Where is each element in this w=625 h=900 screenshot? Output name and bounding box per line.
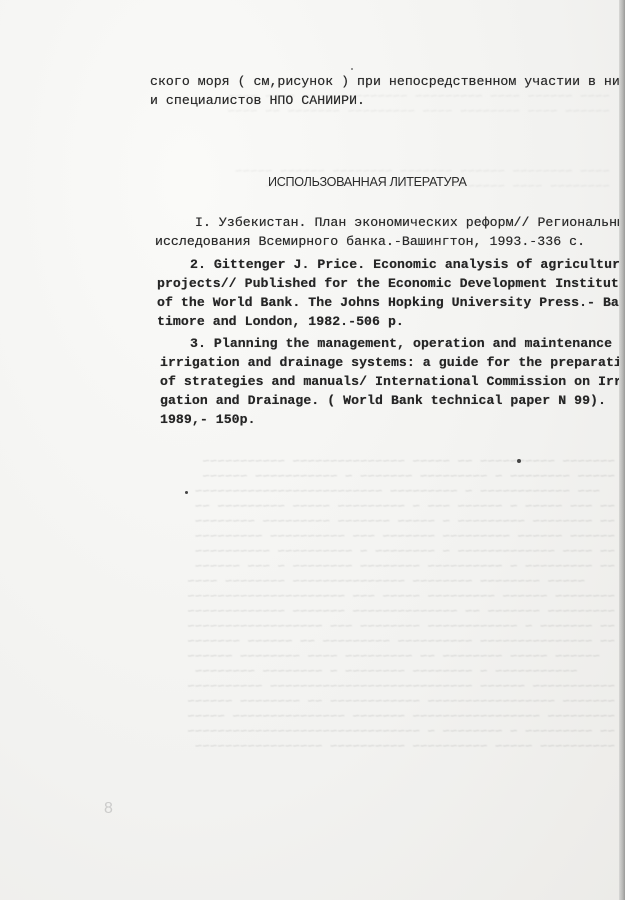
bleed-through-text-bottom: ~~~~~~~ ~~~~~~~~~~ ~~ ~~~~~ ~~~~~~~~~~~~… <box>95 455 615 755</box>
ink-speck <box>185 491 188 494</box>
reference-1-line-2: исследования Всемирного банка.-Вашингтон… <box>155 234 585 249</box>
reference-2-line-2: projects// Published for the Economic De… <box>157 276 625 291</box>
reference-2-line-3: of the World Bank. The Johns Hopking Uni… <box>157 295 625 310</box>
reference-1-line-1: I. Узбекистан. План экономических реформ… <box>195 215 625 230</box>
references-heading: ИСПОЛЬЗОВАННАЯ ЛИТЕРАТУРА <box>268 175 467 189</box>
reference-3-line-4: gation and Drainage. ( World Bank techni… <box>160 393 606 408</box>
reference-2-line-1: 2. Gittenger J. Price. Economic analysis… <box>190 257 625 272</box>
page-edge-shadow <box>619 0 625 900</box>
ink-speck <box>351 68 353 70</box>
continuation-line-1: ского моря ( см,рисунок ) при непосредст… <box>150 74 625 89</box>
reference-3-line-5: 1989,- 150p. <box>160 412 256 427</box>
continuation-line-2: и специалистов НПО САНИИРИ. <box>150 93 365 108</box>
scanned-page: ~~~~ ~~~~~~ ~~~~ ~~~~~~~~~ ~~~~~~~~~ ~~~… <box>0 0 625 900</box>
reference-3-line-3: of strategies and manuals/ International… <box>160 374 625 389</box>
ink-speck <box>517 459 521 463</box>
page-number-bleed-through: 8 <box>104 800 113 818</box>
reference-2-line-4: timore and London, 1982.-506 p. <box>157 314 404 329</box>
reference-3-line-2: irrigation and drainage systems: a guide… <box>160 355 625 370</box>
reference-3-line-1: 3. Planning the management, operation an… <box>190 336 625 351</box>
